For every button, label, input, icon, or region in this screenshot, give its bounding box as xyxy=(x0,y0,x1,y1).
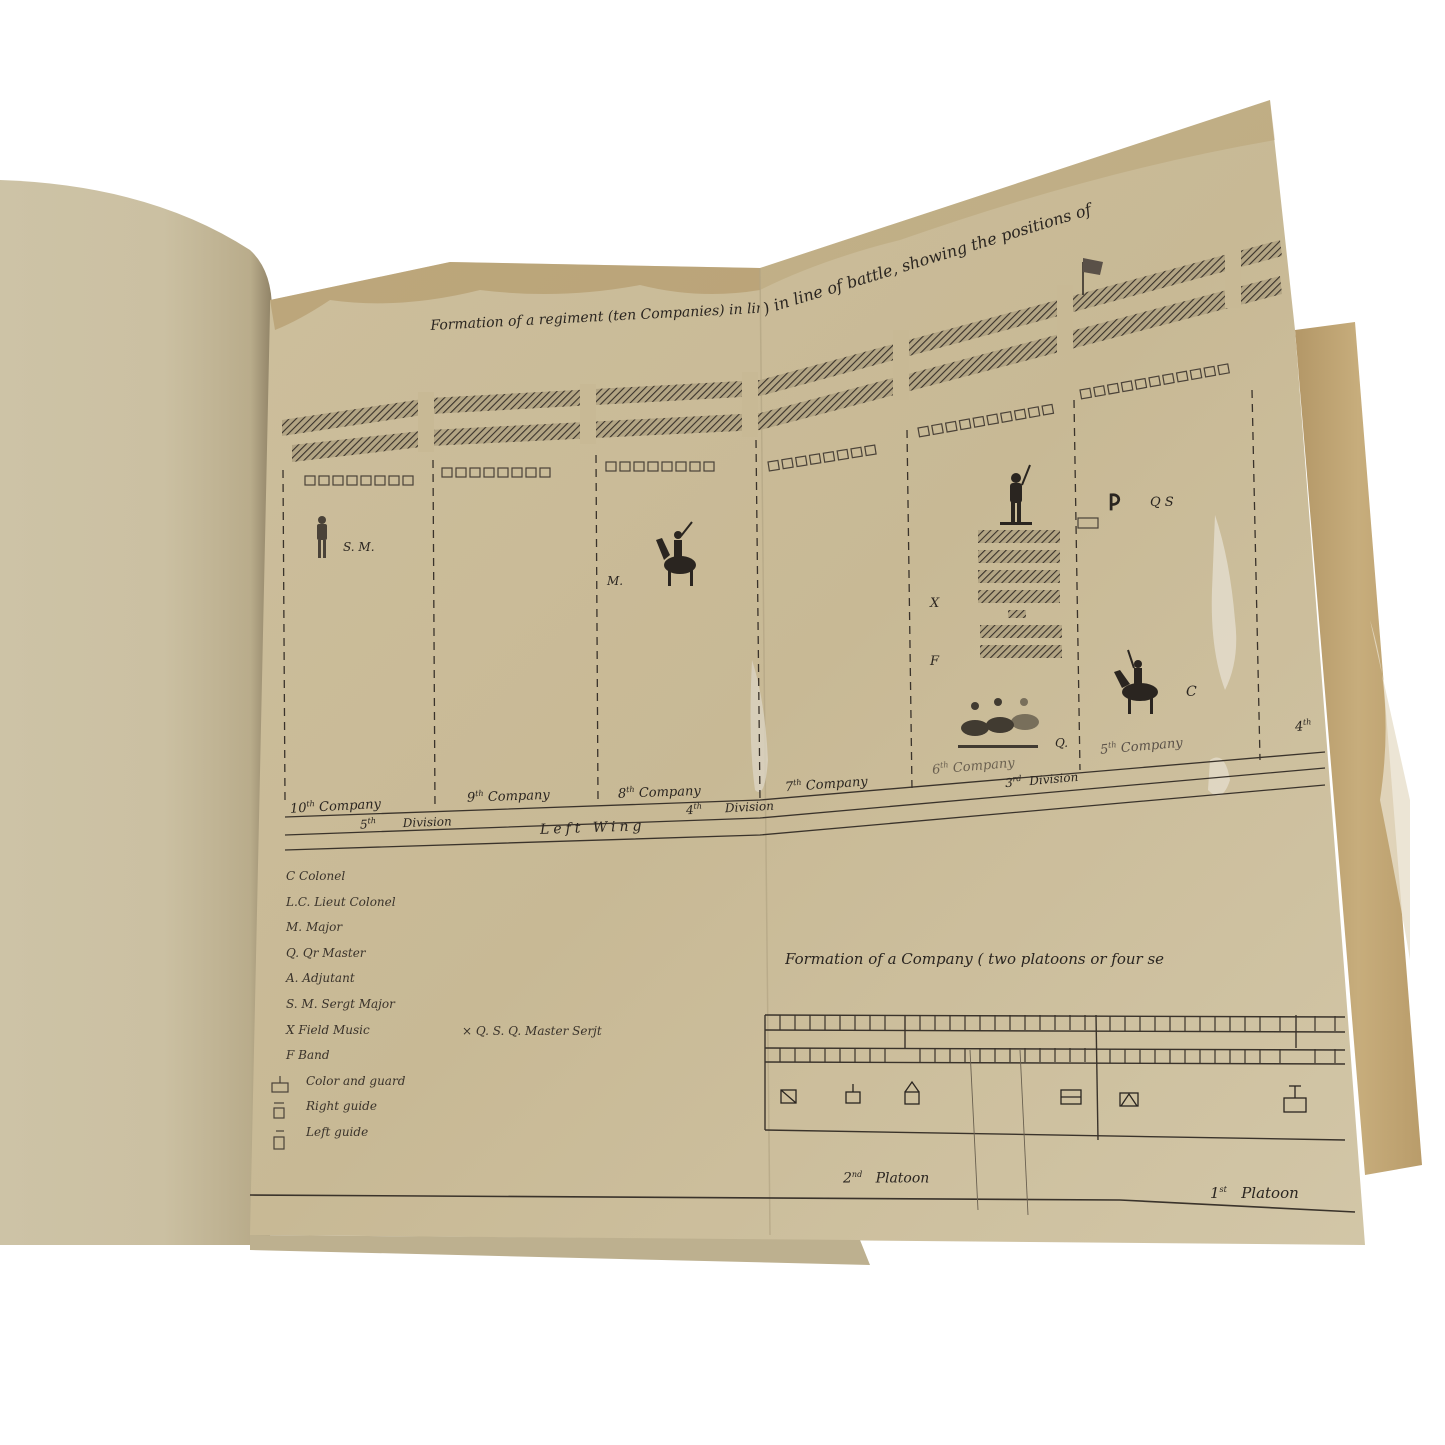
legend: C Colonel L.C. Lieut Colonel M. Major Q.… xyxy=(286,864,405,1146)
company-label-9: 9th Company xyxy=(467,787,550,806)
marker-qm-sergeant: Q S xyxy=(1150,495,1174,510)
marker-band: F xyxy=(930,654,939,669)
legend-item-major: M. Major xyxy=(286,915,405,941)
legend-item-lieut-colonel: L.C. Lieut Colonel xyxy=(286,890,405,916)
marker-sergeant-major: S. M. xyxy=(343,540,375,554)
marker-major: M. xyxy=(607,574,623,588)
legend-item-quartermaster: Q. Qr Master xyxy=(286,941,405,967)
legend-item-color-guard: Color and guard xyxy=(286,1069,405,1095)
marker-colonel: C xyxy=(1186,684,1197,700)
platoon-label-2: 2nd Platoon xyxy=(843,1170,929,1187)
marker-field-music: X xyxy=(930,596,939,611)
company-label-4: 4th xyxy=(1294,717,1312,735)
axe-icon: 𐌓 xyxy=(1108,490,1121,516)
legend-item-adjutant: A. Adjutant xyxy=(286,966,405,992)
legend-item-field-music: X Field Music xyxy=(286,1018,405,1044)
marker-quartermaster: Q. xyxy=(1055,736,1068,750)
company-plate-title: Formation of a Company ( two platoons or… xyxy=(785,950,1345,968)
legend-item-colonel: C Colonel xyxy=(286,864,405,890)
legend-item-left-guide: Left guide xyxy=(286,1120,405,1146)
legend-item-band: F Band xyxy=(286,1043,405,1069)
company-label-8: 8th Company xyxy=(618,783,701,802)
platoon-label-1: 1st Platoon xyxy=(1210,1184,1360,1202)
left-page xyxy=(0,180,272,1245)
legend-item-right-guide: Right guide xyxy=(286,1094,405,1120)
division-label-5: 5th Division xyxy=(360,813,452,831)
book-photo xyxy=(0,0,1445,1445)
legend-item-sergeant-major: S. M. Sergt Major xyxy=(286,992,405,1018)
legend-extra-qm-sergeant: × Q. S. Q. Master Serjt xyxy=(462,1024,602,1038)
